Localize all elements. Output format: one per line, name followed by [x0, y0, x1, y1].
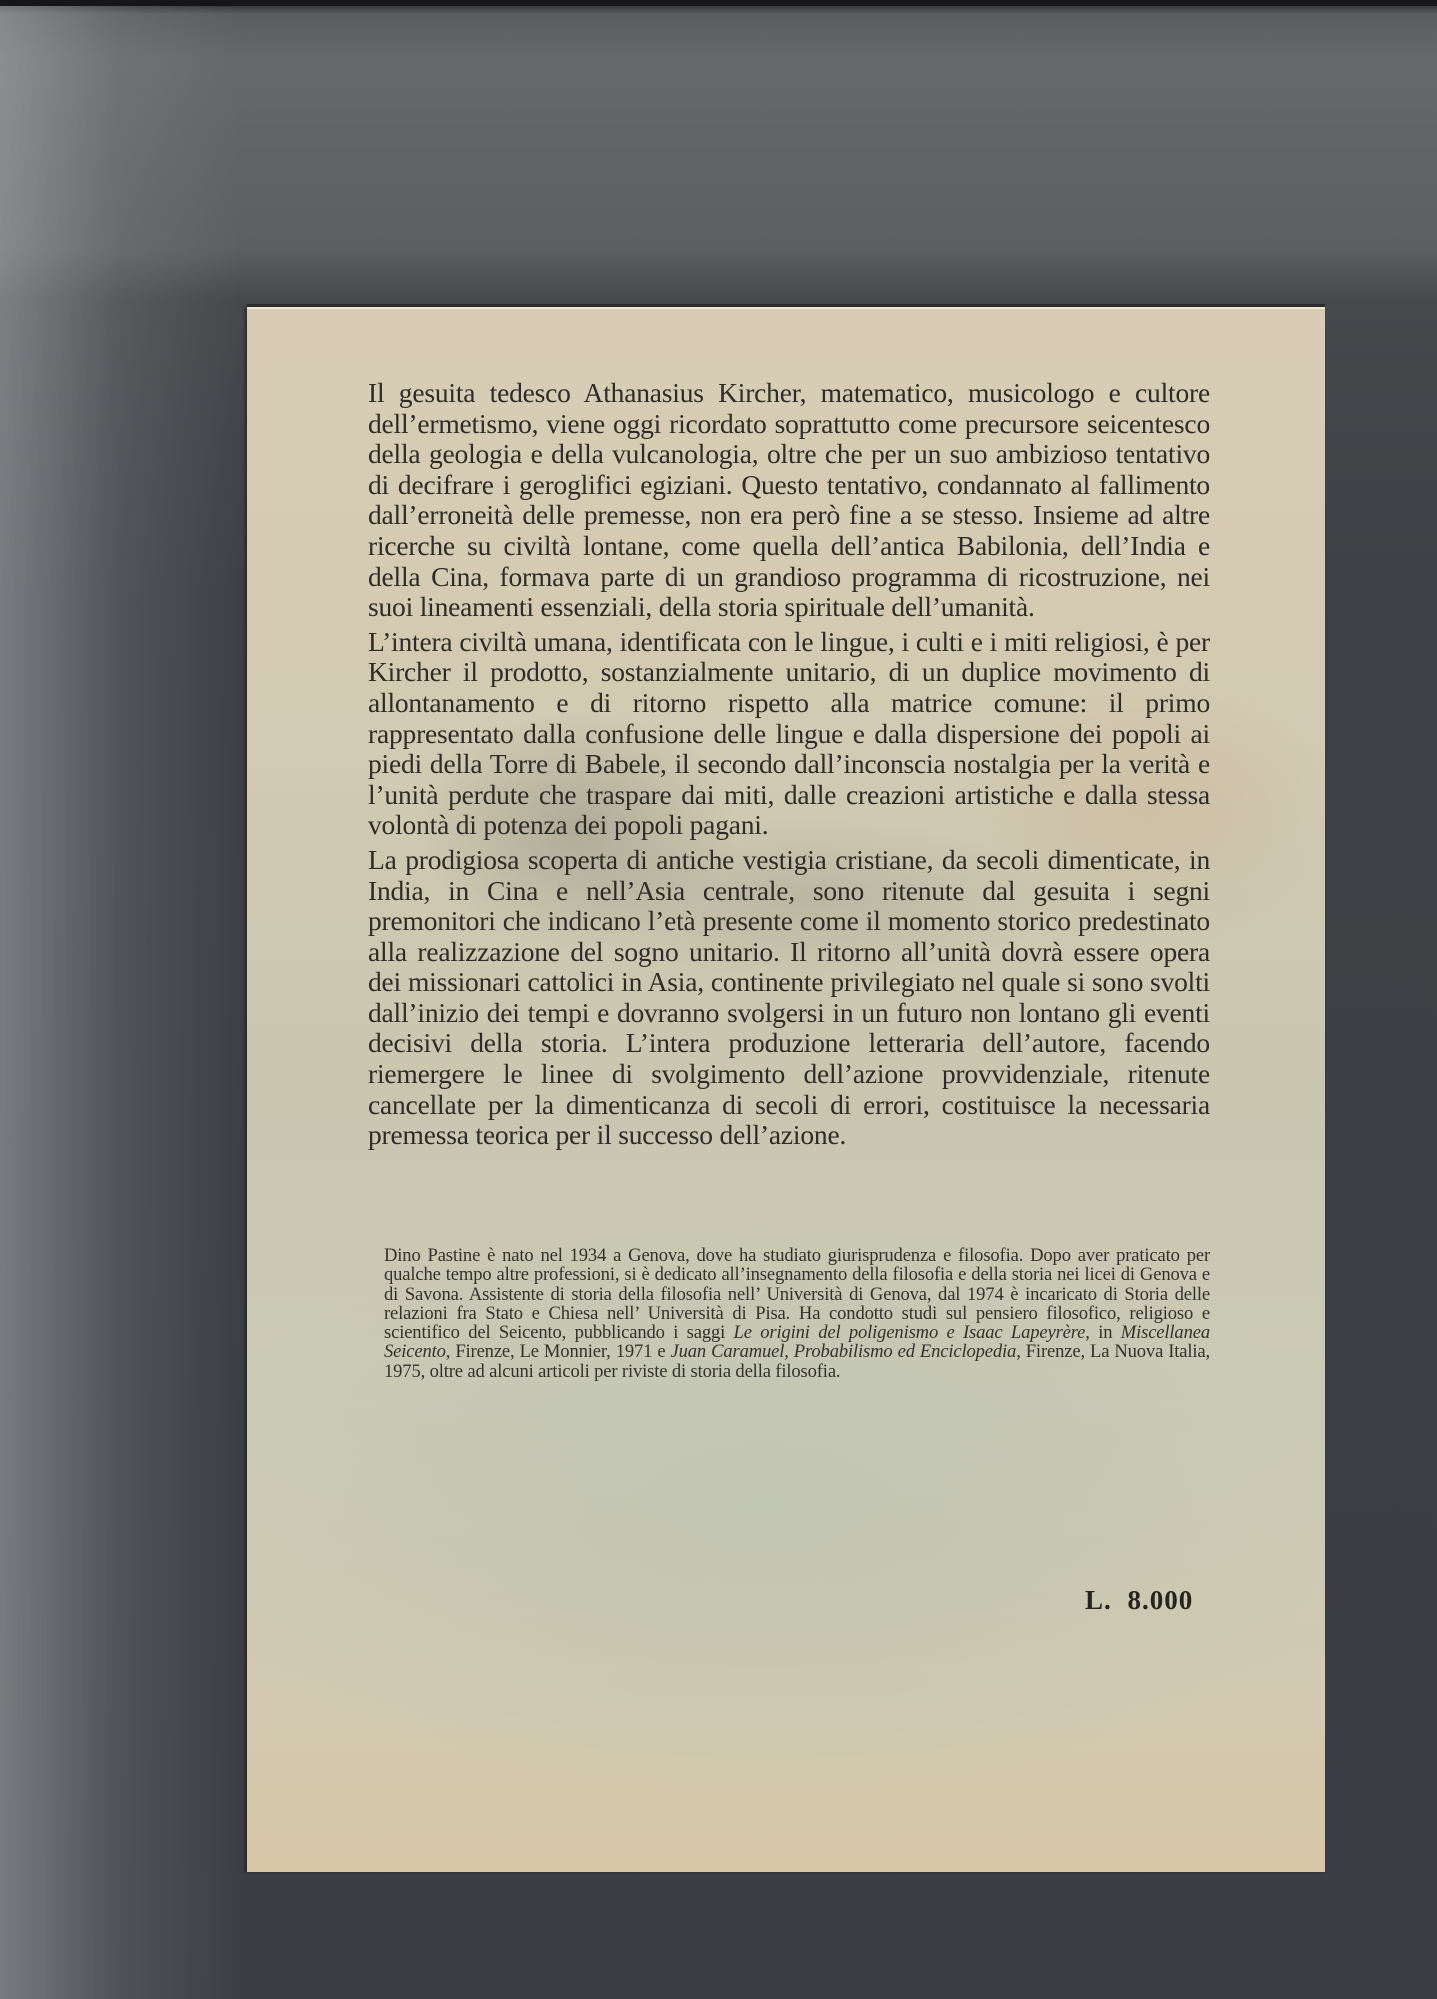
description-paragraph-2: L’intera civiltà umana, identificata con…	[368, 627, 1210, 841]
author-bio-text: Dino Pastine è nato nel 1934 a Genova, d…	[384, 1246, 1210, 1381]
price-label: L. 8.000	[1085, 1585, 1193, 1616]
scanner-edge	[0, 0, 1437, 6]
book-description: Il gesuita tedesco Athanasius Kircher, m…	[368, 378, 1210, 1155]
description-paragraph-1: Il gesuita tedesco Athanasius Kircher, m…	[368, 378, 1210, 623]
description-paragraph-3: La prodigiosa scoperta di antiche vestig…	[368, 845, 1210, 1151]
book-title-italic: Juan Caramuel, Probabilismo ed Enciclope…	[671, 1341, 1017, 1362]
book-title-italic: Le origini del poligenismo e Isaac Lapey…	[734, 1322, 1086, 1343]
author-bio: Dino Pastine è nato nel 1934 a Genova, d…	[384, 1246, 1210, 1381]
